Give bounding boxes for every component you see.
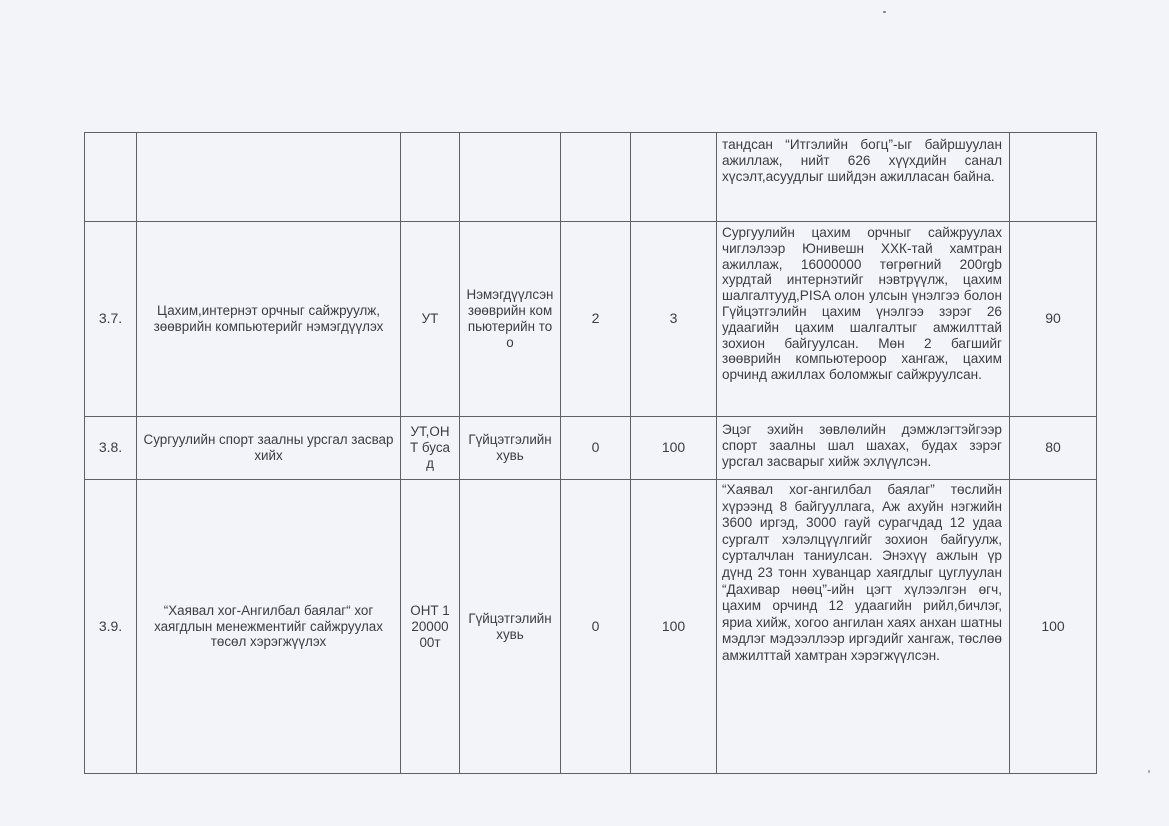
target-cell — [631, 133, 717, 222]
description-cell: Эцэг эхийн зөвлөлийн дэмжлэгтэйгээр спор… — [717, 417, 1010, 480]
indicator-cell: Гүйцэтгэлийн хувь — [460, 480, 561, 774]
target-cell: 100 — [631, 480, 717, 774]
activity-cell: Цахим,интернэт орчныг сайжруулж, зөөврий… — [137, 222, 401, 417]
scan-speck — [883, 11, 886, 13]
table-row: 3.8. Сургуулийн спорт заалны урсгал засв… — [85, 417, 1097, 480]
responsible-cell: УТ — [401, 222, 460, 417]
indicator-cell — [460, 133, 561, 222]
description-cell: тандсан “Итгэлийн богц”-ыг байршуулан аж… — [717, 133, 1010, 222]
scan-speck — [1148, 770, 1150, 773]
baseline-cell — [561, 133, 631, 222]
target-cell: 100 — [631, 417, 717, 480]
baseline-cell: 2 — [561, 222, 631, 417]
row-index: 3.7. — [85, 222, 137, 417]
activity-cell: “Хаявал хог-Ангилбал баялаг“ хог хаягдлы… — [137, 480, 401, 774]
score-cell: 80 — [1010, 417, 1097, 480]
target-cell: 3 — [631, 222, 717, 417]
responsible-cell: ОНТ 12000000т — [401, 480, 460, 774]
activity-cell: Сургуулийн спорт заалны урсгал засвар хи… — [137, 417, 401, 480]
score-cell — [1010, 133, 1097, 222]
table-row: тандсан “Итгэлийн богц”-ыг байршуулан аж… — [85, 133, 1097, 222]
indicator-cell: Гүйцэтгэлийн хувь — [460, 417, 561, 480]
baseline-cell: 0 — [561, 417, 631, 480]
score-cell: 100 — [1010, 480, 1097, 774]
responsible-cell — [401, 133, 460, 222]
plan-report-table: тандсан “Итгэлийн богц”-ыг байршуулан аж… — [84, 132, 1097, 774]
table-row: 3.7. Цахим,интернэт орчныг сайжруулж, зө… — [85, 222, 1097, 417]
description-cell: Сургуулийн цахим орчныг сайжруулах чиглэ… — [717, 222, 1010, 417]
row-index: 3.9. — [85, 480, 137, 774]
description-cell: “Хаявал хог-ангилбал баялаг” төслийн хүр… — [717, 480, 1010, 774]
row-index — [85, 133, 137, 222]
row-index: 3.8. — [85, 417, 137, 480]
activity-cell — [137, 133, 401, 222]
baseline-cell: 0 — [561, 480, 631, 774]
score-cell: 90 — [1010, 222, 1097, 417]
responsible-cell: УТ,ОНТ бусад — [401, 417, 460, 480]
table-row: 3.9. “Хаявал хог-Ангилбал баялаг“ хог ха… — [85, 480, 1097, 774]
indicator-cell: Нэмэгдүүлсэн зөөврийн компьютерийн тоо — [460, 222, 561, 417]
